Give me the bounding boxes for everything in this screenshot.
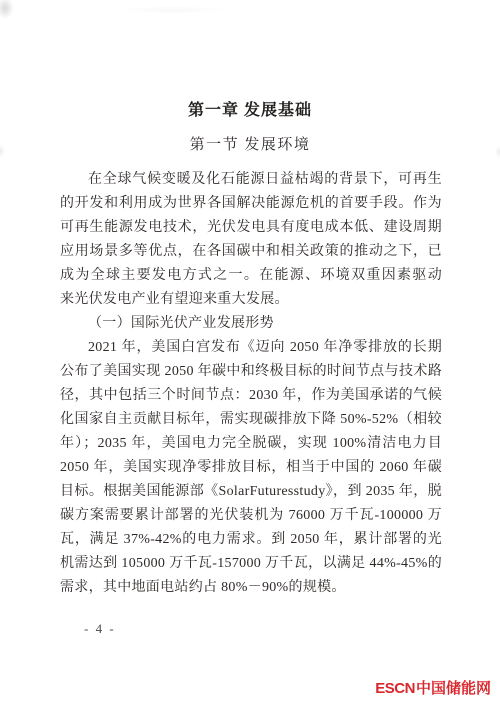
body-line: 化国家自主贡献目标年，需实现碳排放下降 50%-52%（相较 2005 [60,408,442,432]
body-line: 碳方案需要累计部署的光伏装机为 76000 万千瓦-100000 万千 [60,504,442,528]
chapter-title: 第一章 发展基础 [0,97,500,120]
body-line: 可再生能源发电技术，光伏发电具有度电成本低、建设周期短和 [60,216,442,240]
body-line: 年）；2035 年，美国电力完全脱碳，实现 100%清洁电力目标； [60,432,442,456]
body-line: 公布了美国实现 2050 年碳中和终极目标的时间节点与技术路 [60,360,442,384]
body-line: 目标。根据美国能源部《SolarFuturesstudy》，到 2035 年，脱 [60,480,442,504]
body-line: 应用场景多等优点，在各国碳中和相关政策的推动之下，已逐步 [60,240,442,264]
page-number: - 4 - [84,621,116,637]
subsection-heading: （一）国际光伏产业发展形势 [60,312,442,336]
body-line: 瓦，满足 37%-42%的电力需求。到 2050 年，累计部署的光伏装 [60,528,442,552]
body-line: 径，其中包括三个时间节点：2030 年，作为美国承诺的气候变 [60,384,442,408]
scan-artifact [118,6,228,14]
body-line: 的开发和利用成为世界各国解决能源危机的首要手段。作为绿色 [60,192,442,216]
body-line: 机需达到 105000 万千瓦-157000 万千瓦，以满足 44%-45%的电… [60,552,442,576]
escn-logo-text-cn: 中国储能网 [416,680,491,697]
body-line: 需求，其中地面电站约占 80%－90%的规模。 [60,576,442,600]
body-line: 成为全球主要发电方式之一。在能源、环境双重因素驱动下，未 [60,264,442,288]
body-line: 2021 年，美国白宫发布《迈向 2050 年净零排放的长期战略》， [60,336,442,360]
section-title: 第一节 发展环境 [0,133,500,154]
body-line: 2050 年，美国实现净零排放目标，相当于中国的 2060 年碳中和 [60,456,442,480]
escn-logo: ESCN中国储能网 [375,677,491,698]
body-text-block: 在全球气候变暖及化石能源日益枯竭的背景下，可再生能源 的开发和利用成为世界各国解… [60,168,442,600]
document-page: 第一章 发展基础 第一节 发展环境 在全球气候变暖及化石能源日益枯竭的背景下，可… [0,0,500,707]
body-line: 在全球气候变暖及化石能源日益枯竭的背景下，可再生能源 [60,168,442,192]
escn-logo-text-en: ESCN [375,680,416,697]
scan-artifact [0,0,14,19]
body-line: 来光伏发电产业有望迎来重大发展。 [60,288,442,312]
